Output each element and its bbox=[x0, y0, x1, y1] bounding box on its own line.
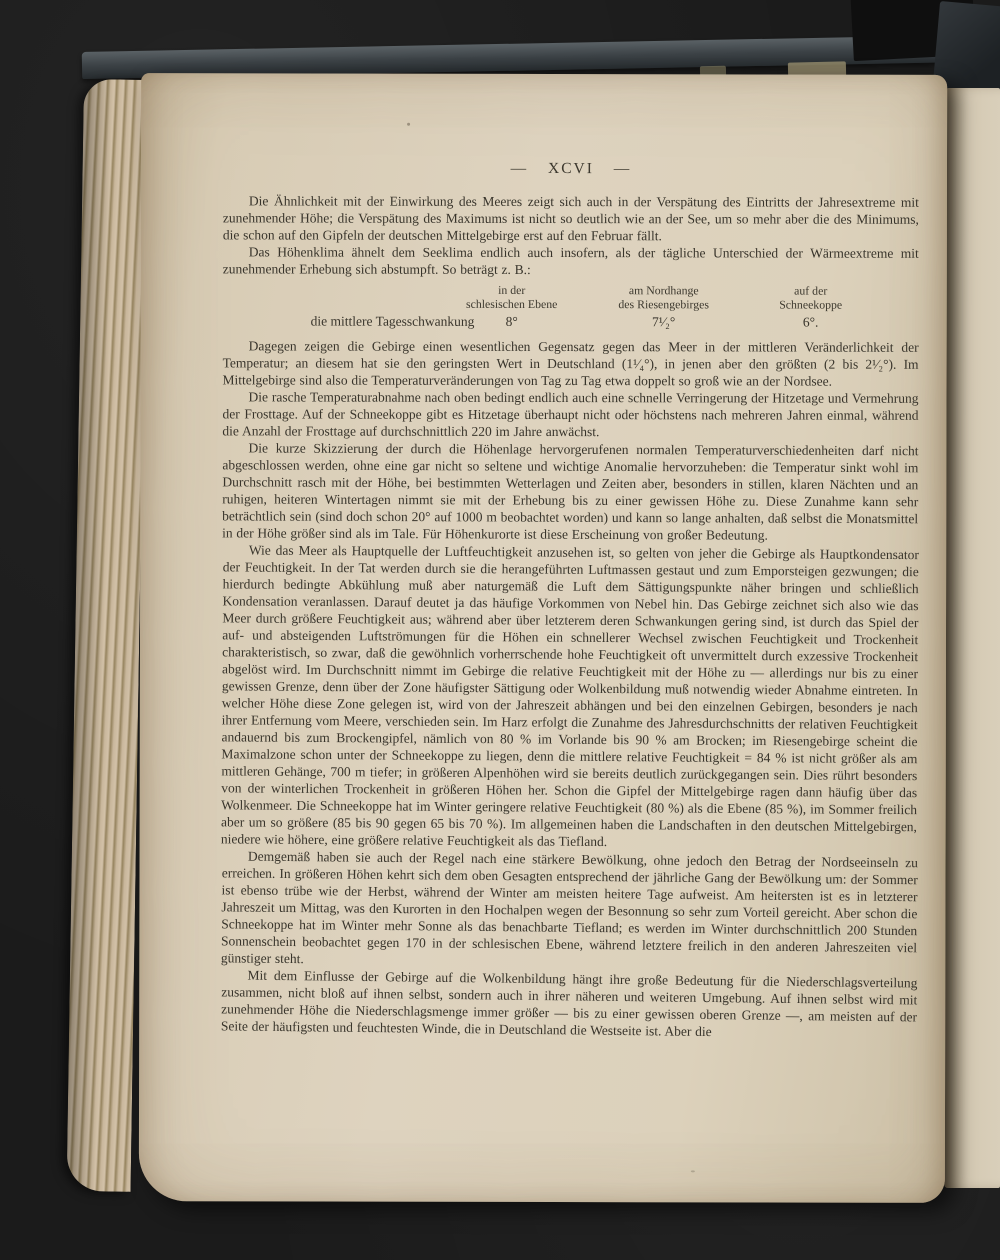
table-row-label: die mittlere Tagesschwankung bbox=[223, 312, 423, 329]
value-schlesische-ebene: 8° bbox=[423, 313, 601, 330]
paragraph-luftfeuchtigkeit: Wie das Meer als Hauptquelle der Luftfeu… bbox=[221, 541, 919, 852]
value-riesengebirge: 7¹⁄₂° bbox=[601, 313, 727, 330]
table-header-schneekoppe: auf der Schneekoppe bbox=[727, 284, 895, 311]
paragraph-hoehenklima: Das Höhenklima ähnelt dem Seeklima endli… bbox=[223, 243, 919, 278]
paper-speck bbox=[407, 123, 410, 126]
book-scan-photo: — XCVI — Die Ähnlichkeit mit der Einwirk… bbox=[0, 0, 1000, 1260]
value-schneekoppe: 6°. bbox=[727, 313, 895, 330]
paragraph-bewoelkung: Demgemäß haben sie auch der Regel nach e… bbox=[221, 847, 918, 973]
paragraph-niederschlag: Mit dem Einflusse der Gebirge auf die Wo… bbox=[221, 966, 918, 1042]
underlying-page-edge bbox=[944, 88, 1000, 1188]
paper-speck bbox=[691, 1170, 695, 1172]
paragraph-veraenderlichkeit: Dagegen zeigen die Gebirge einen wesentl… bbox=[223, 337, 919, 389]
table-header-riesengebirge: am Nordhange des Riesengebirges bbox=[601, 284, 727, 311]
paragraph-hitzetage-frosttage: Die rasche Temperaturabnahme nach oben b… bbox=[222, 388, 918, 440]
page-edges-stack bbox=[67, 79, 148, 1192]
book-page: — XCVI — Die Ähnlichkeit mit der Einwirk… bbox=[139, 73, 947, 1203]
paragraph-jahresextreme: Die Ähnlichkeit mit der Einwirkung des M… bbox=[223, 192, 919, 244]
page-number: — XCVI — bbox=[223, 159, 919, 177]
page-content: — XCVI — Die Ähnlichkeit mit der Einwirk… bbox=[221, 159, 919, 1035]
table-header-row: in der schlesischen Ebene am Nordhange d… bbox=[223, 283, 919, 311]
table-header-schlesische-ebene: in der schlesischen Ebene bbox=[423, 284, 601, 311]
paragraph-temperatur-anomalie: Die kurze Skizzierung der durch die Höhe… bbox=[222, 439, 918, 544]
table-value-row: die mittlere Tagesschwankung 8° 7¹⁄₂° 6°… bbox=[223, 312, 919, 330]
daily-range-table: in der schlesischen Ebene am Nordhange d… bbox=[223, 283, 919, 330]
